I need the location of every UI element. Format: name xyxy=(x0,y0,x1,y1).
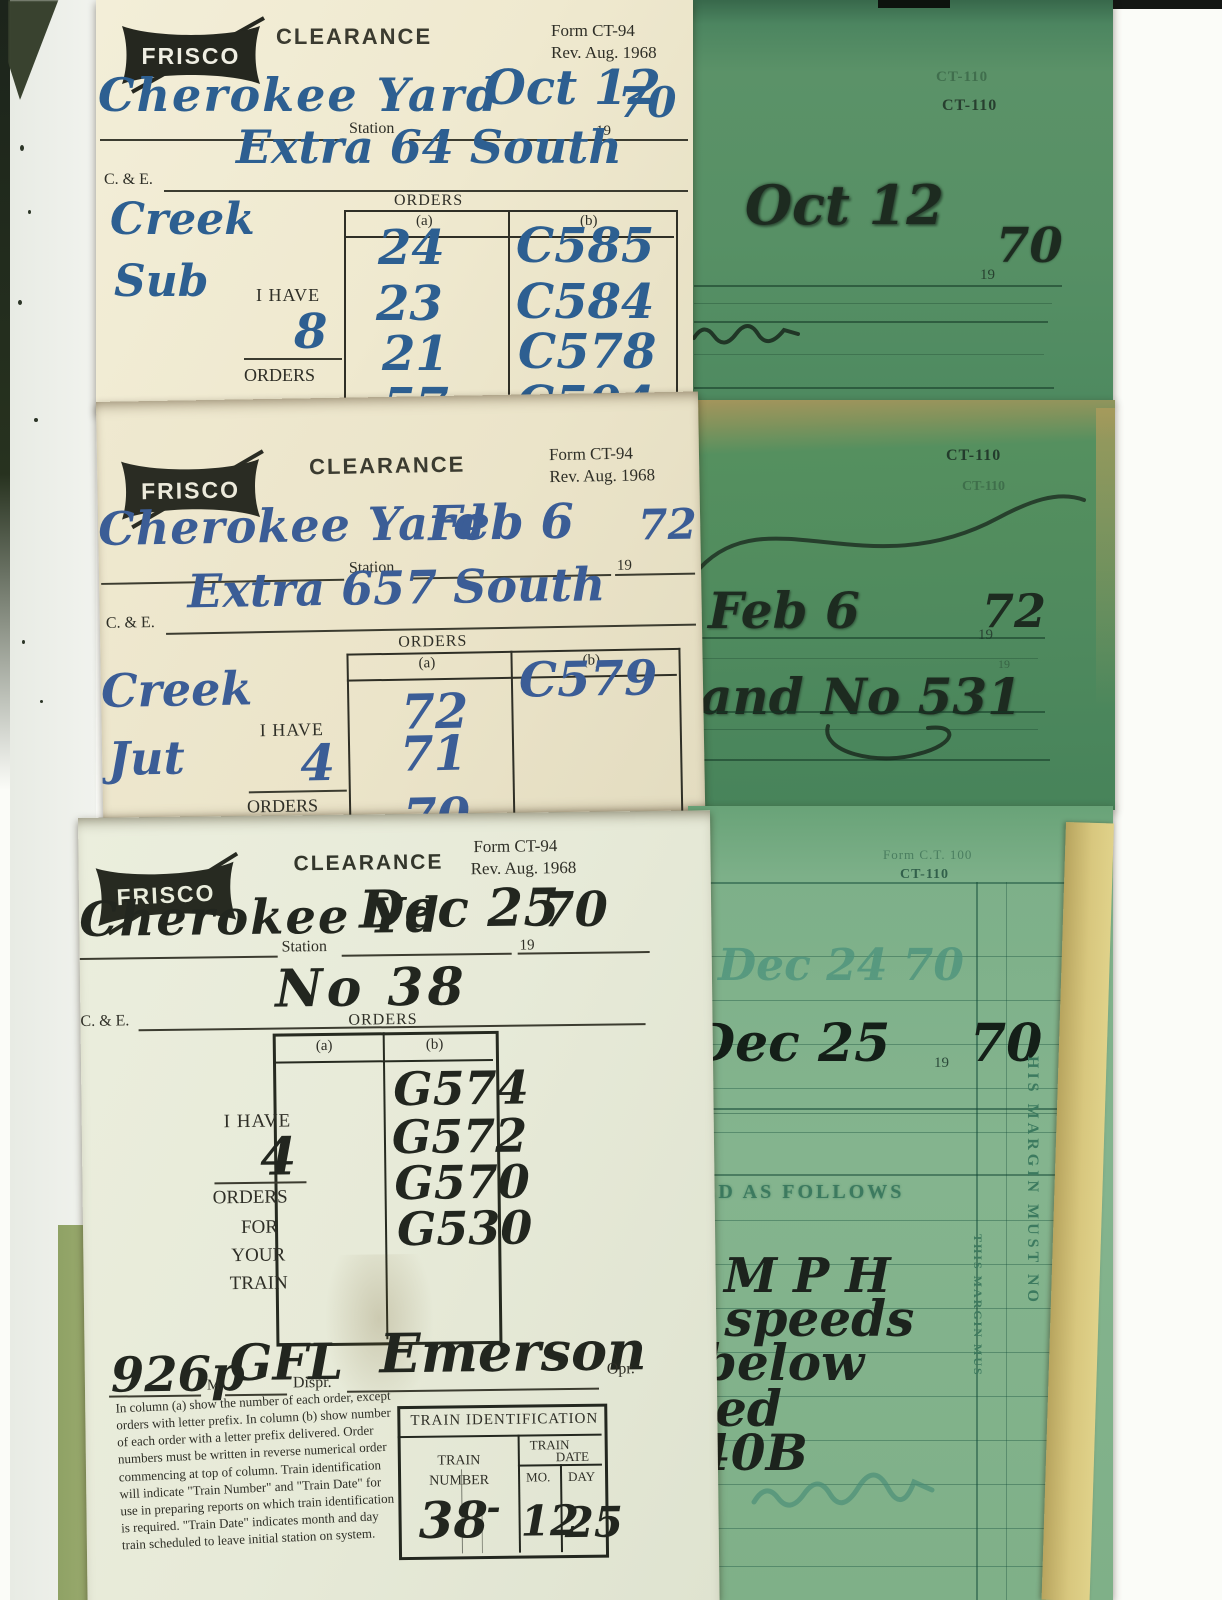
ce-handwritten: Extra 657 South xyxy=(187,561,606,614)
ce-label: C. & E. xyxy=(106,615,155,632)
ce-label: C. & E. xyxy=(80,1013,129,1030)
order-a-2: 71 xyxy=(400,730,468,779)
as-follows-text: ED AS FOLLOWS xyxy=(702,1182,904,1202)
order-b-2: G572 xyxy=(392,1113,528,1161)
time-suffix: M. xyxy=(207,1378,224,1393)
orders-for-label: ORDERS xyxy=(213,1187,288,1207)
form-code-faint: CT-110 xyxy=(936,70,988,85)
rule xyxy=(698,658,1038,659)
photo-canvas: CT-110 CT-110 Oct 12 70 19 FRISCO CLEARA… xyxy=(0,0,1222,1600)
margin-note-line1: Creek xyxy=(101,665,253,714)
train-date-label-2: DATE xyxy=(556,1450,589,1463)
scribble xyxy=(690,300,820,360)
margin-text-inner: THIS MARGIN MUS xyxy=(972,1234,984,1377)
form-revision: Rev. Aug. 1968 xyxy=(471,859,577,877)
ce-handwritten: Extra 64 South xyxy=(236,124,622,170)
margin-text-outer: HIS MARGIN MUST NO xyxy=(1024,1056,1040,1306)
year-handwritten: 72 xyxy=(638,504,697,547)
train-id-title: TRAIN IDENTIFICATION xyxy=(410,1412,598,1429)
year-handwritten: 70 xyxy=(541,886,608,935)
speck xyxy=(40,700,43,703)
clearance-form-1: FRISCO CLEARANCE Form CT-94 Rev. Aug. 19… xyxy=(96,0,693,414)
form-title: CLEARANCE xyxy=(293,852,443,875)
form-title: CLEARANCE xyxy=(276,26,432,48)
train-day-value: 25 xyxy=(564,1501,623,1544)
order-b-3: C578 xyxy=(518,328,656,376)
paper-notch xyxy=(878,0,950,8)
rule xyxy=(708,1220,1074,1221)
rule xyxy=(694,387,1054,389)
rule xyxy=(708,1132,1074,1133)
form-revision: Rev. Aug. 1968 xyxy=(551,44,657,61)
year-prefix: 19 xyxy=(617,559,632,574)
margin-note-line2: Sub xyxy=(114,260,209,304)
green-form-top: CT-110 CT-110 Oct 12 70 19 xyxy=(690,0,1113,403)
form-number: Form CT-94 xyxy=(551,22,635,39)
year-prefix: 19 xyxy=(934,1056,949,1071)
year-underline xyxy=(614,139,688,141)
clearance-form-3: FRISCO CLEARANCE Form CT-94 Rev. Aug. 19… xyxy=(78,810,720,1600)
rule xyxy=(708,1088,1074,1089)
i-have-count: 4 xyxy=(260,1131,297,1183)
train-label: TRAIN xyxy=(230,1273,288,1293)
handwritten-year: 70 xyxy=(996,222,1063,270)
margin-note-line2: Jut xyxy=(108,735,185,782)
instructions-paragraph: In column (a) show the number of each or… xyxy=(115,1386,404,1554)
heavy-rule xyxy=(706,1108,1074,1110)
form-revision: Rev. Aug. 1968 xyxy=(549,466,655,485)
pencil-scribble xyxy=(748,1462,978,1522)
handwritten-date: Feb 6 xyxy=(708,586,860,636)
form-title: CLEARANCE xyxy=(309,454,465,479)
order-b-1: C585 xyxy=(516,222,654,270)
heavy-rule xyxy=(706,1113,1074,1114)
rule xyxy=(708,1528,1074,1529)
count-underline xyxy=(244,358,342,360)
col-a-label: (a) xyxy=(418,656,435,671)
train-number-label: TRAIN NUMBER xyxy=(416,1451,502,1493)
orders-header: ORDERS xyxy=(348,1012,417,1029)
ce-handwritten: No 38 xyxy=(275,961,468,1015)
count-underline xyxy=(249,790,347,794)
order-b-2: C584 xyxy=(516,278,654,326)
orders-for-label: ORDERS xyxy=(247,796,318,815)
frisco-logo-text: FRISCO xyxy=(142,43,241,69)
year-prefix: 19 xyxy=(978,628,993,643)
rule xyxy=(698,637,1045,639)
form-number: Form CT-94 xyxy=(549,445,633,463)
form-code: CT-110 xyxy=(942,98,997,114)
year-prefix: 19 xyxy=(520,938,535,953)
order-b-4: G530 xyxy=(397,1204,533,1252)
pencil-date: Dec 24 70 xyxy=(718,944,964,988)
station-handwritten: Cherokee Yard xyxy=(98,72,500,118)
rule xyxy=(708,1000,1074,1001)
clearance-form-2: FRISCO CLEARANCE Form CT-94 Rev. Aug. 19… xyxy=(96,391,705,821)
order-a-1: 24 xyxy=(378,224,445,272)
col-b-label: (b) xyxy=(426,1038,444,1053)
your-label: YOUR xyxy=(231,1246,285,1266)
handwritten-note: and No 531 xyxy=(700,672,1022,722)
speck xyxy=(28,210,31,214)
speck xyxy=(34,418,38,422)
form-number: Form CT-94 xyxy=(473,837,557,855)
order-a-2: 23 xyxy=(376,280,443,328)
heavy-rule xyxy=(706,1174,1074,1176)
rule xyxy=(694,285,1062,287)
order-b-3: G570 xyxy=(394,1159,530,1207)
speck xyxy=(22,640,25,644)
for-label: FOR xyxy=(241,1218,278,1237)
year-underline xyxy=(518,951,650,955)
year-handwritten: 70 xyxy=(618,82,676,124)
speck xyxy=(20,145,24,151)
year-underline xyxy=(615,573,695,576)
operator-label: Opr. xyxy=(607,1361,635,1377)
rule xyxy=(708,1566,1074,1567)
orders-table-divider xyxy=(508,210,510,414)
station-label: Station xyxy=(281,939,327,956)
scribble-flourish xyxy=(818,718,978,768)
date-handwritten: Feb 6 xyxy=(428,498,574,549)
rule xyxy=(698,711,1045,713)
crease-swoosh xyxy=(698,460,1088,590)
mo-label: MO. xyxy=(526,1470,550,1483)
tan-right-edge xyxy=(1096,408,1115,708)
ce-label: C. & E. xyxy=(104,172,153,188)
train-number-value: 38 xyxy=(418,1495,488,1546)
i-have-count: 4 xyxy=(300,738,336,789)
date-handwritten: Dec 25 xyxy=(359,882,560,936)
i-have-label: I HAVE xyxy=(256,286,320,304)
handwritten-date: Oct 12 xyxy=(745,178,944,232)
order-a-3: 21 xyxy=(382,330,449,378)
orders-header: ORDERS xyxy=(394,193,463,209)
handwritten-date: Dec 25 xyxy=(690,1018,890,1070)
station-underline xyxy=(80,956,278,960)
margin-note-line1: Creek xyxy=(110,198,255,242)
green-form-middle: CT-110 CT-110 Feb 6 72 19 19 and No 531 xyxy=(698,400,1115,810)
top-right-dark-edge xyxy=(1100,0,1222,9)
orders-header: ORDERS xyxy=(398,634,467,651)
speck xyxy=(18,300,22,305)
day-label: DAY xyxy=(568,1470,595,1483)
year-prefix: 19 xyxy=(980,268,995,283)
train-number-dash: - xyxy=(486,1491,501,1525)
orders-for-label: ORDERS xyxy=(244,366,315,384)
time-handwritten: 926p xyxy=(111,1350,245,1400)
i-have-count: 8 xyxy=(294,308,327,356)
order-b-1: C579 xyxy=(519,654,658,704)
col-a-label: (a) xyxy=(316,1039,333,1054)
order-b-1: G574 xyxy=(393,1065,529,1113)
